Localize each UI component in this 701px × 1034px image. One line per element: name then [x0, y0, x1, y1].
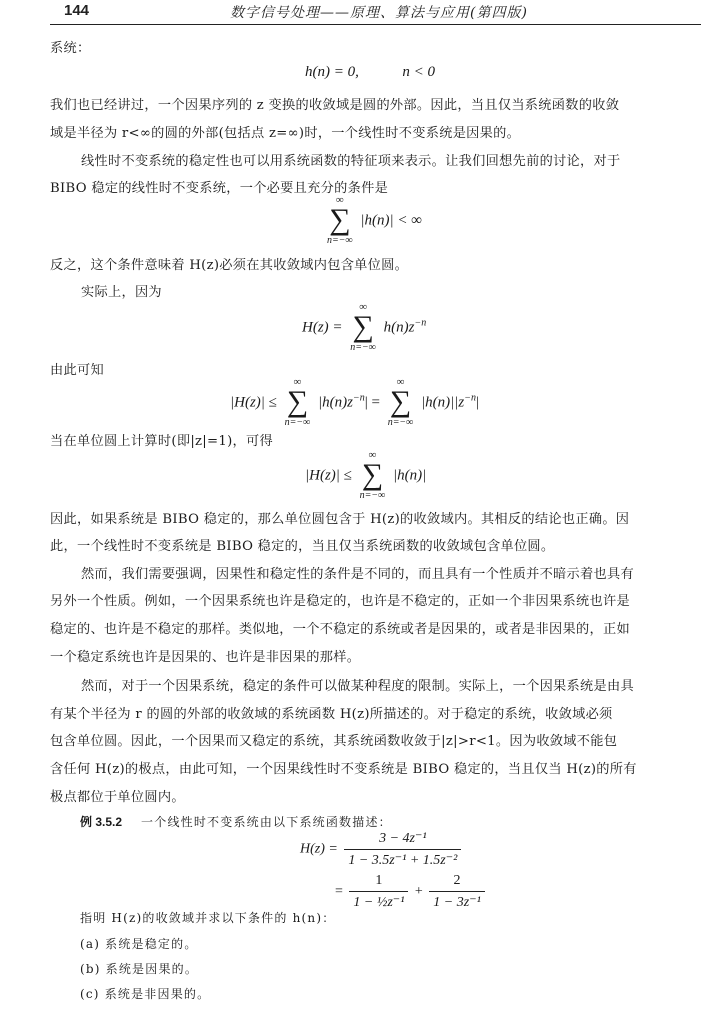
- sum-lower: n=−∞: [388, 417, 414, 429]
- equation-inequality: |H(z)| ≤ ∞ ∑ n=−∞ |h(n)z−n| = ∞ ∑ n=−∞ |…: [230, 377, 479, 429]
- fraction-numerator: 2: [429, 873, 484, 892]
- equation-hz-body: h(n)z: [384, 319, 415, 335]
- sigma-symbol: ∑: [388, 387, 414, 417]
- exponent: −n: [353, 392, 365, 403]
- fraction-numerator: 1: [349, 873, 408, 892]
- equation-unit-body: |h(n)|: [393, 467, 426, 483]
- equation-ineq-lhs: |H(z)| ≤: [230, 394, 277, 410]
- paragraph-8-line-4: 一个稳定系统也许是因果的、也许是非因果的那样。: [50, 645, 700, 671]
- plus-sign: +: [415, 884, 423, 899]
- example-part-c: (c) 系统是非因果的。: [80, 984, 210, 1004]
- fraction-denominator: 1 − ½z⁻¹: [349, 892, 408, 911]
- system-label: 系统：: [50, 36, 700, 62]
- summation: ∞ ∑ n=−∞: [285, 377, 311, 429]
- fraction-denominator: 1 − 3z⁻¹: [429, 892, 484, 911]
- paragraph-7-line-2: 此，一个线性时不变系统是 BIBO 稳定的，当且仅当系统函数的收敛域包含单位圆。: [50, 534, 700, 560]
- fraction-denominator: 1 − 3.5z⁻¹ + 1.5z⁻²: [344, 850, 461, 869]
- equation-ineq-mid-close: | =: [365, 394, 380, 410]
- sigma-symbol: ∑: [350, 312, 376, 342]
- sum-lower: n=−∞: [285, 417, 311, 429]
- example-part-b: (b) 系统是因果的。: [80, 959, 198, 979]
- paragraph-8-line-1: 然而，我们需要强调，因果性和稳定性的条件是不同的，而且具有一个性质并不暗示着也具…: [50, 562, 700, 588]
- textbook-page: 144 数字信号处理——原理、算法与应用(第四版) 系统： h(n) = 0, …: [0, 0, 701, 1034]
- paragraph-9-line-3: 包含单位圆。因此，一个因果而又稳定的系统，其系统函数收敛于|z|>r<1。因为收…: [50, 729, 700, 755]
- paragraph-3: 反之，这个条件意味着 H(z)必须在其收敛域内包含单位圆。: [50, 253, 700, 279]
- summation: ∞ ∑ n=−∞: [327, 195, 353, 247]
- equation-unit-circle: |H(z)| ≤ ∞ ∑ n=−∞ |h(n)|: [305, 450, 426, 502]
- paragraph-7-line-1: 因此，如果系统是 BIBO 稳定的，那么单位圆包含于 H(z)的收敛域内。其相反…: [50, 507, 700, 533]
- example-equation-1: H(z) = 3 − 4z⁻¹ 1 − 3.5z⁻¹ + 1.5z⁻²: [300, 830, 464, 869]
- running-title: 数字信号处理——原理、算法与应用(第四版): [230, 2, 528, 22]
- sigma-symbol: ∑: [285, 387, 311, 417]
- paragraph-1-line-1: 我们也已经讲过，一个因果序列的 z 变换的收敛域是圆的外部。因此，当且仅当系统函…: [50, 93, 700, 119]
- example-eq1-lhs: H(z) =: [300, 842, 338, 857]
- equation-hz-lhs: H(z) =: [302, 319, 343, 335]
- equation-ineq-body-close: |: [476, 394, 479, 410]
- equation-hz: H(z) = ∞ ∑ n=−∞ h(n)z−n: [302, 302, 426, 354]
- example-intro: 一个线性时不变系统由以下系统函数描述：: [141, 815, 392, 829]
- equation-causal-condition: n < 0: [402, 64, 435, 80]
- page-number: 144: [64, 2, 89, 19]
- example-equation-2: = 1 1 − ½z⁻¹ + 2 1 − 3z⁻¹: [335, 873, 488, 911]
- equals-sign: =: [335, 884, 343, 899]
- exponent: −n: [464, 392, 476, 403]
- paragraph-9-line-5: 极点都位于单位圆内。: [50, 785, 700, 811]
- example-label: 例 3.5.2: [80, 815, 122, 829]
- equation-bibo: ∞ ∑ n=−∞ |h(n)| < ∞: [323, 195, 422, 247]
- exponent: −n: [415, 317, 427, 328]
- paragraph-9-line-4: 含任何 H(z)的极点，由此可知，一个因果线性时不变系统是 BIBO 稳定的，当…: [50, 757, 700, 783]
- paragraph-8-line-3: 稳定的、也许是不稳定的那样。类似地，一个不稳定的系统或者是因果的，或者是非因果的…: [50, 617, 700, 643]
- equation-causal: h(n) = 0, n < 0: [305, 64, 435, 81]
- summation: ∞ ∑ n=−∞: [360, 450, 386, 502]
- equation-ineq-mid: |h(n)z: [318, 394, 353, 410]
- sum-lower: n=−∞: [327, 235, 353, 247]
- fraction: 3 − 4z⁻¹ 1 − 3.5z⁻¹ + 1.5z⁻²: [344, 830, 461, 869]
- paragraph-9-line-2: 有某个半径为 r 的圆的外部的收敛域的系统函数 H(z)所描述的。对于稳定的系统…: [50, 702, 700, 728]
- sigma-symbol: ∑: [327, 205, 353, 235]
- example-part-a: (a) 系统是稳定的。: [80, 934, 198, 954]
- example-question: 指明 H(z)的收敛域并求以下条件的 h(n)：: [80, 908, 335, 928]
- equation-causal-lhs: h(n) = 0,: [305, 64, 359, 80]
- paragraph-8-line-2: 另外一个性质。例如，一个因果系统也许是稳定的，也许是不稳定的，正如一个非因果系统…: [50, 589, 700, 615]
- summation: ∞ ∑ n=−∞: [350, 302, 376, 354]
- paragraph-1-line-2: 域是半径为 r<∞的圆的外部(包括点 z=∞)时，一个线性时不变系统是因果的。: [50, 121, 700, 147]
- paragraph-9-line-1: 然而，对于一个因果系统，稳定的条件可以做某种程度的限制。实际上，一个因果系统是由…: [50, 674, 700, 700]
- fraction-numerator: 3 − 4z⁻¹: [344, 830, 461, 850]
- equation-bibo-body: |h(n)| < ∞: [360, 212, 422, 228]
- equation-ineq-body: |h(n)||z: [421, 394, 464, 410]
- sum-lower: n=−∞: [350, 342, 376, 354]
- page-header: 144 数字信号处理——原理、算法与应用(第四版): [50, 0, 701, 25]
- paragraph-2-line-1: 线性时不变系统的稳定性也可以用系统函数的特征项来表示。让我们回想先前的讨论，对于: [50, 149, 700, 175]
- fraction: 1 1 − ½z⁻¹: [349, 873, 408, 911]
- sigma-symbol: ∑: [360, 460, 386, 490]
- fraction: 2 1 − 3z⁻¹: [429, 873, 484, 911]
- summation: ∞ ∑ n=−∞: [388, 377, 414, 429]
- sum-lower: n=−∞: [360, 490, 386, 502]
- example-heading: 例 3.5.2 一个线性时不变系统由以下系统函数描述：: [80, 812, 392, 832]
- equation-unit-lhs: |H(z)| ≤: [305, 467, 352, 483]
